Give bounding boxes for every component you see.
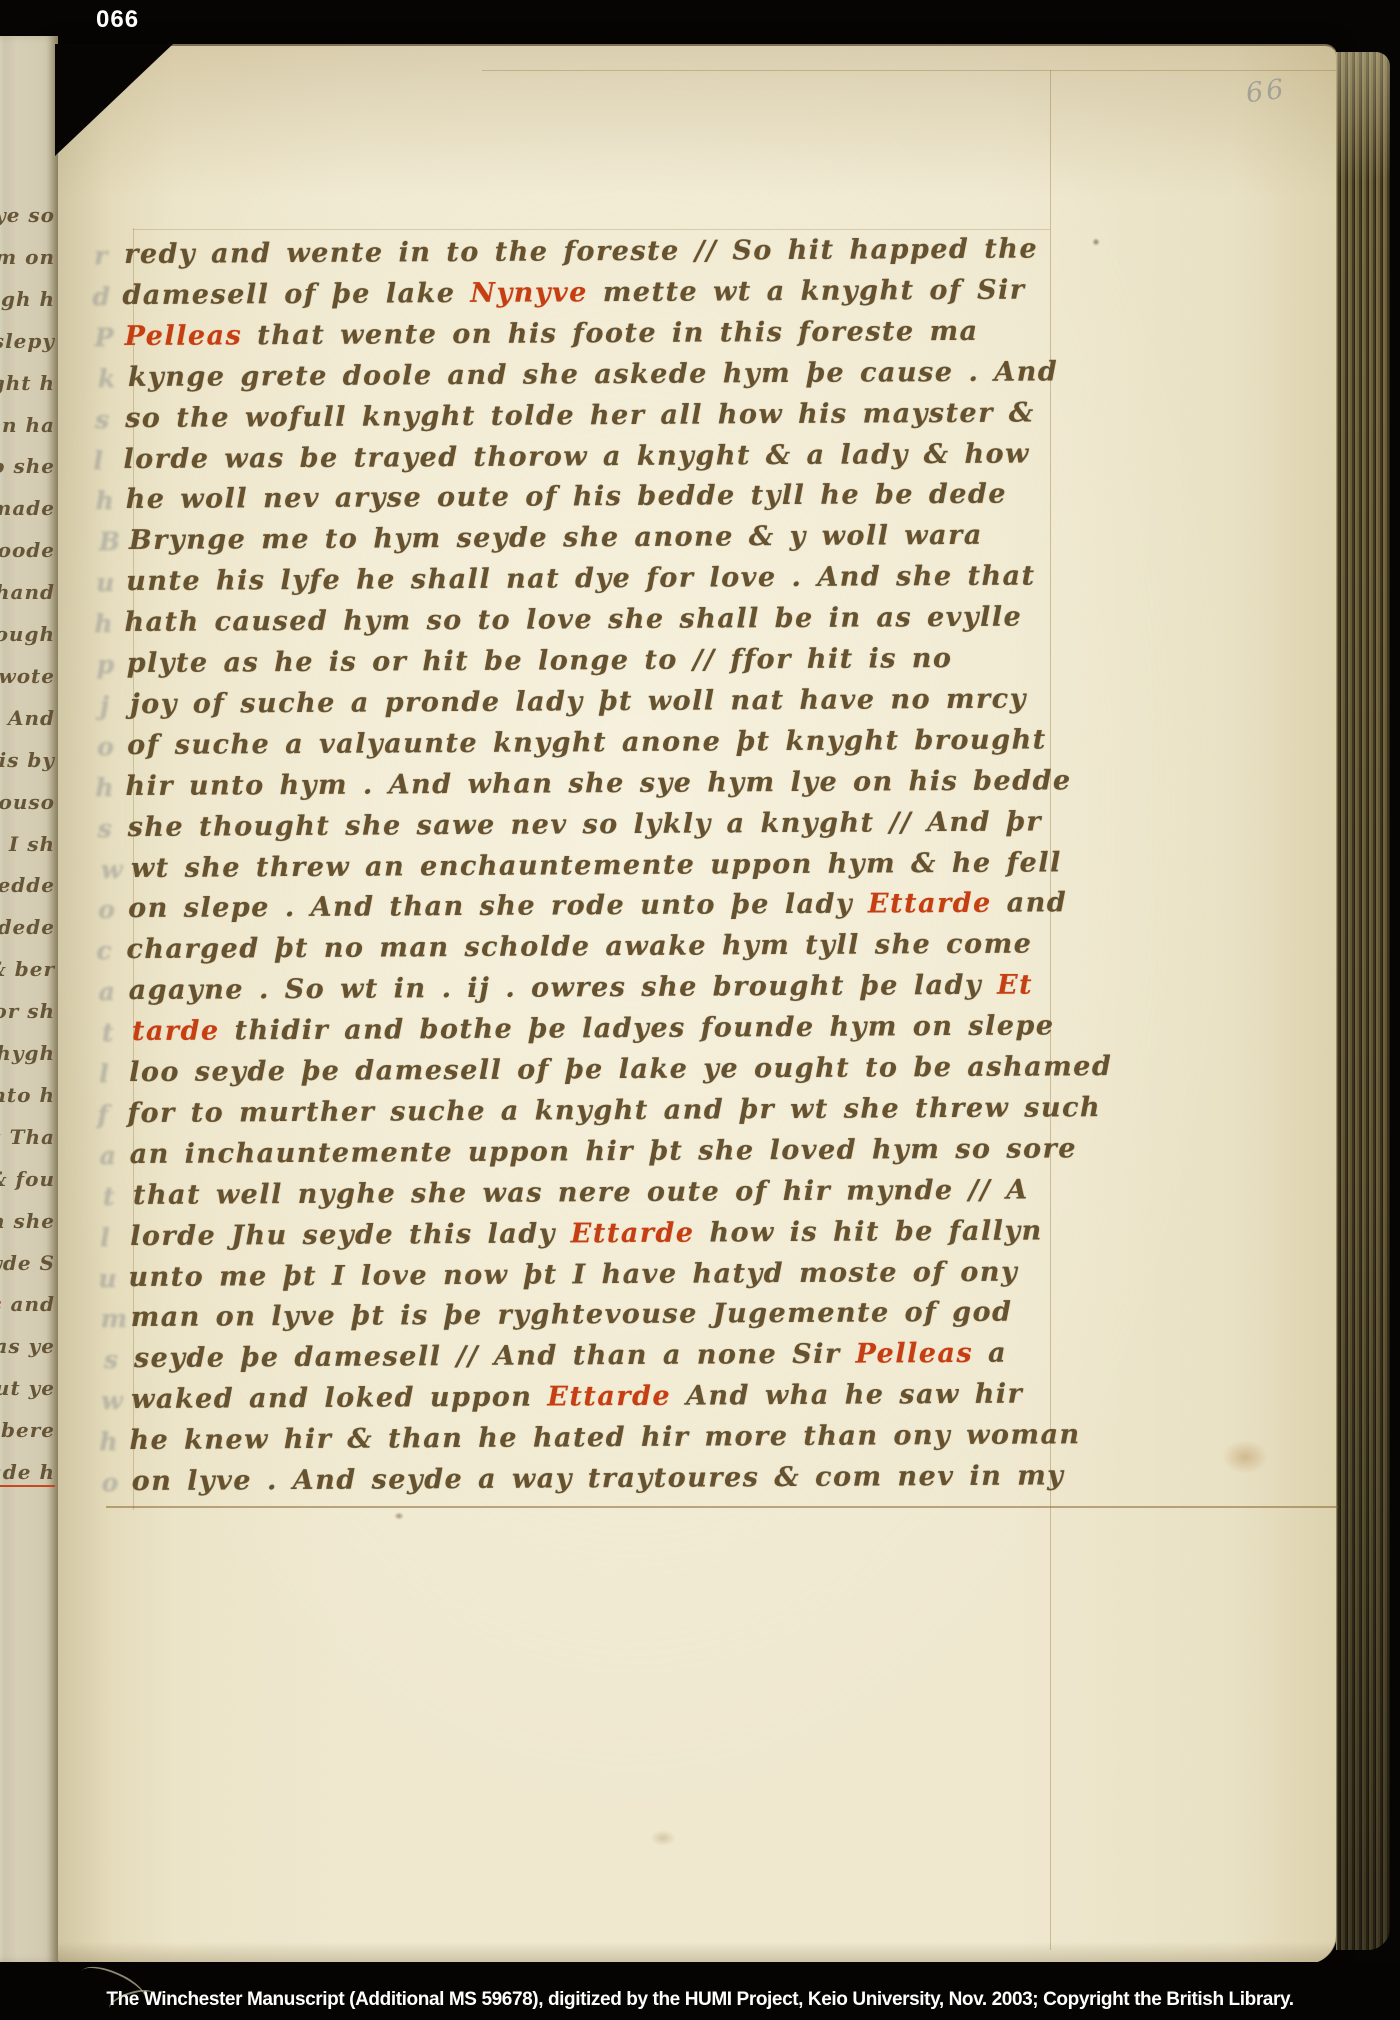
folio-edge-fragment: d his goode bbox=[0, 538, 55, 562]
ink-text: ght but ye bbox=[0, 1376, 55, 1400]
ink-text: for to murther suche a knyght and þr wt … bbox=[127, 1092, 1101, 1129]
frame-number-label: 066 bbox=[96, 6, 139, 34]
manuscript-line: oof suche a valyaunte knyght anone þt kn… bbox=[127, 720, 1047, 766]
ink-text: my body & ber bbox=[0, 957, 55, 981]
ink-text: wt she threw an enchauntemente uppon hym… bbox=[131, 847, 1062, 884]
manuscript-line: oon lyve . And seyde a way traytoures & … bbox=[132, 1456, 1065, 1502]
margin-offset-mark: c bbox=[96, 931, 113, 971]
ink-text: that wente on his foote in this foreste … bbox=[242, 316, 978, 351]
ink-text: on lyve . And seyde a way traytoures & c… bbox=[132, 1460, 1065, 1497]
margin-offset-mark: t bbox=[102, 1013, 115, 1053]
margin-offset-mark: B bbox=[99, 522, 122, 562]
ink-text: how is hit be fallyn bbox=[694, 1215, 1042, 1248]
folio-edge-fragment: ne me . I sh bbox=[0, 832, 55, 856]
manuscript-line: kkynge grete doole and she askede hym þe… bbox=[128, 352, 1058, 398]
ink-text: made h bbox=[0, 1460, 55, 1484]
manuscript-line: aan inchauntemente uppon hir þt she love… bbox=[130, 1129, 1078, 1175]
margin-offset-mark: h bbox=[95, 768, 115, 808]
folio-edge-fragment: uta my bedde bbox=[0, 873, 55, 897]
rubric-text: tarde bbox=[132, 1016, 220, 1048]
margin-offset-mark: t bbox=[103, 1177, 116, 1217]
previous-folio-edge: em bye solde hym onr though hhym slepyof… bbox=[0, 36, 58, 1962]
margin-offset-mark: s bbox=[95, 400, 111, 440]
folio-number-pencil: 66 bbox=[1244, 74, 1288, 110]
folio-edge-fragment: the her for sh bbox=[0, 999, 55, 1023]
margin-offset-mark: w bbox=[101, 1381, 124, 1421]
folio-edge-fragment: ne made h bbox=[0, 1460, 55, 1487]
margin-offset-mark: o bbox=[97, 727, 115, 767]
ink-text: she thought she sawe nev so lykly a knyg… bbox=[128, 806, 1043, 843]
ink-text: a bbox=[973, 1338, 1007, 1369]
folio-edge-fragment: pon as ye bbox=[0, 1334, 55, 1358]
manuscript-line: sshe thought she sawe nev so lykly a kny… bbox=[128, 802, 1043, 848]
folio-edge-fragment: he though bbox=[0, 622, 55, 646]
ink-text: hath caused hym so to love she shall be … bbox=[124, 602, 1022, 638]
ink-text: unto me þt I love now þt I have hatyd mo… bbox=[128, 1256, 1018, 1292]
ink-text: r though h bbox=[0, 287, 55, 311]
ink-text: redy and wente in to the foreste // So h… bbox=[124, 233, 1038, 270]
caption-text: The Winchester Manuscript (Additional MS… bbox=[0, 1989, 1400, 2011]
ink-text: thidir and bothe þe ladyes founde hym on… bbox=[220, 1010, 1055, 1046]
manuscript-line: hhir unto hym . And whan she sye hym lye… bbox=[125, 761, 1071, 807]
ink-text: olde his by bbox=[0, 748, 55, 772]
margin-offset-mark: p bbox=[97, 645, 116, 685]
rubric-text: Ettarde bbox=[868, 888, 992, 920]
book-fore-edge bbox=[1336, 52, 1390, 1950]
manuscript-line: aagayne . So wt in . ij . owres she brou… bbox=[129, 966, 1034, 1012]
caption-bar: The Winchester Manuscript (Additional MS… bbox=[0, 1962, 1400, 2020]
manuscript-line: BBrynge me to hym seyde she anone & y wo… bbox=[129, 516, 983, 561]
ink-text: of knyght h bbox=[0, 371, 55, 395]
manuscript-line: wwt she threw an enchauntemente uppon hy… bbox=[131, 843, 1062, 889]
folio-edge-fragment: Than she bbox=[0, 1209, 55, 1233]
rubric-text: Et bbox=[997, 970, 1033, 1001]
margin-offset-mark: w bbox=[101, 850, 124, 890]
manuscript-line: hhe woll nev aryse oute of his bedde tyl… bbox=[126, 475, 1008, 520]
ruling-line-horizontal-top bbox=[482, 70, 1336, 71]
ink-text: thys wouso bbox=[0, 790, 55, 814]
margin-offset-mark: a bbox=[99, 972, 117, 1012]
ink-text: t I am dede bbox=[0, 915, 55, 939]
rubric-text: Ettarde bbox=[547, 1381, 671, 1413]
text-block: rredy and wente in to the foreste // So … bbox=[124, 229, 1127, 1530]
ink-text: may bere bbox=[0, 1418, 55, 1442]
ink-text: d his goode bbox=[0, 538, 55, 562]
manuscript-line: ccharged þt no man scholde awake hym tyl… bbox=[126, 925, 1032, 971]
manuscript-line: uunte his lyfe he shall nat dye for love… bbox=[126, 557, 1036, 603]
margin-offset-mark: m bbox=[101, 1299, 129, 1339]
folio-edge-fragment: ague hygh bbox=[0, 1041, 55, 1065]
rubric-text: Pelleas bbox=[125, 320, 243, 352]
ink-text: seyde þe damesell // And than a none Sir bbox=[134, 1339, 856, 1374]
manuscript-line: tthat well nyghe she was nere oute of hi… bbox=[133, 1170, 1029, 1215]
ink-text: loo seyde þe damesell of þe lake ye ough… bbox=[129, 1051, 1112, 1088]
folio-edge-fragment: lde hym on bbox=[0, 245, 55, 269]
ink-text: unte his lyfe he shall nat dye for love … bbox=[126, 561, 1036, 598]
ink-text: waked and loked uppon bbox=[131, 1382, 547, 1416]
manuscript-line: mman on lyve þt is þe ryghtevouse Jugeme… bbox=[131, 1293, 1013, 1338]
folio-edge-fragment: t I am dede bbox=[0, 915, 55, 939]
ink-text: mette wt a knyght of Sir bbox=[588, 274, 1026, 308]
ink-text: and bbox=[992, 888, 1068, 919]
margin-offset-mark: o bbox=[102, 1463, 120, 1503]
folio-edge-fragment: In his hand bbox=[0, 580, 55, 604]
ink-text: hygh bbox=[0, 1041, 55, 1065]
ink-text: hym slepy bbox=[0, 329, 55, 353]
ink-text: lorde was be trayed thorow a knyght & a … bbox=[123, 438, 1030, 475]
folio-edge-fragment: r though h bbox=[0, 287, 55, 311]
ink-text: he knew hir & than he hated hir more tha… bbox=[129, 1419, 1080, 1456]
folio-edge-fragment: may bere bbox=[0, 1418, 55, 1442]
ink-text: In his hand bbox=[0, 580, 55, 604]
folio-edge-fragment: man made bbox=[0, 496, 55, 520]
ink-text: em bye so bbox=[0, 203, 55, 227]
manuscript-line: hhath caused hym so to love she shall be… bbox=[124, 598, 1022, 643]
ink-text: of suche a valyaunte knyght anone þt kny… bbox=[127, 724, 1047, 761]
ink-text: ne me . I sh bbox=[0, 832, 55, 856]
rubric-text: Nynyve bbox=[470, 277, 588, 309]
ink-text: ot Tha bbox=[0, 1125, 55, 1149]
margin-offset-mark: f bbox=[97, 1095, 110, 1135]
ink-text: he seyde S bbox=[0, 1251, 55, 1275]
folio-edge-fragment: em bye so bbox=[0, 203, 55, 227]
margin-offset-mark: s bbox=[104, 1340, 120, 1380]
manuscript-line: ddamesell of þe lake Nynyve mette wt a k… bbox=[122, 270, 1025, 316]
ink-text: way . And bbox=[0, 706, 55, 730]
ink-text: hir unto hym . And whan she sye hym lye … bbox=[125, 765, 1071, 802]
manuscript-line: llorde was be trayed thorow a knyght & a… bbox=[123, 434, 1030, 480]
ink-text: slepe & fou bbox=[0, 1167, 55, 1191]
manuscript-line: hhe knew hir & than he hated hir more th… bbox=[129, 1415, 1080, 1461]
folio-edge-fragment: my body & ber bbox=[0, 957, 55, 981]
margin-offset-mark: a bbox=[100, 1136, 118, 1176]
margin-offset-mark: h bbox=[94, 604, 114, 644]
folio-edge-fragment: ght but ye bbox=[0, 1376, 55, 1400]
photo-frame: 066 em bye solde hym onr though hhym sle… bbox=[0, 0, 1400, 2020]
margin-offset-mark: l bbox=[99, 1054, 110, 1094]
ink-text: he though bbox=[0, 622, 55, 646]
folio-edge-fragment: d when ha bbox=[0, 413, 55, 437]
manuscript-line: rredy and wente in to the foreste // So … bbox=[124, 229, 1038, 275]
manuscript-line: lloo seyde þe damesell of þe lake ye oug… bbox=[129, 1047, 1112, 1093]
ink-text: charged þt no man scholde awake hym tyll… bbox=[126, 929, 1032, 966]
margin-offset-mark: u bbox=[96, 563, 116, 603]
margin-offset-mark: d bbox=[92, 277, 111, 317]
folio-edge-fragment: slepe & fou bbox=[0, 1167, 55, 1191]
manuscript-line: wwaked and loked uppon Ettarde And wha h… bbox=[131, 1375, 1023, 1420]
rubric-text: Pelleas bbox=[855, 1338, 973, 1370]
manuscript-line: oon slepe . And than she rode unto þe la… bbox=[128, 884, 1067, 930]
margin-offset-mark: l bbox=[100, 1218, 111, 1258]
folio-edge-fragment: thys wouso bbox=[0, 790, 55, 814]
margin-offset-mark: u bbox=[98, 1259, 118, 1299]
ink-text: he woll nev aryse oute of his bedde tyll… bbox=[126, 479, 1008, 515]
manuscript-line: ffor to murther suche a knyght and þr wt… bbox=[127, 1088, 1101, 1134]
ink-text: that well nyghe she was nere oute of hir… bbox=[133, 1174, 1029, 1210]
manuscript-line: sso the wofull knyght tolde her all how … bbox=[125, 393, 1035, 439]
folio-edge-fragment: leas and bbox=[0, 1292, 55, 1316]
ink-text: hath wote bbox=[0, 664, 55, 688]
manuscript-line: llorde Jhu seyde this lady Ettarde how i… bbox=[130, 1211, 1043, 1257]
ink-text: lde hym on bbox=[0, 245, 55, 269]
folio-edge-fragment: olde his by bbox=[0, 748, 55, 772]
manuscript-line: sseyde þe damesell // And than a none Si… bbox=[134, 1334, 1007, 1379]
manuscript-line: uunto me þt I love now þt I have hatyd m… bbox=[128, 1252, 1018, 1297]
ink-text: an inchauntemente uppon hir þt she loved… bbox=[130, 1133, 1078, 1170]
ink-text: joy of suche a pronde lady þt woll nat h… bbox=[130, 683, 1027, 719]
margin-offset-mark: r bbox=[94, 236, 109, 276]
margin-offset-mark: k bbox=[98, 359, 117, 399]
margin-offset-mark: h bbox=[99, 1422, 119, 1462]
folio-edge-fragment: of knyght h bbox=[0, 371, 55, 395]
margin-offset-mark: o bbox=[98, 891, 116, 931]
margin-offset-mark: h bbox=[96, 482, 116, 522]
folio-edge-fragment: hath wote bbox=[0, 664, 55, 688]
ink-text: wete unto h bbox=[0, 1083, 55, 1107]
margin-offset-mark: l bbox=[93, 441, 104, 481]
ink-text: on slepe . And than she rode unto þe lad… bbox=[128, 889, 868, 925]
ink-text: and bbox=[3, 1292, 55, 1316]
ink-text: t then to she bbox=[0, 454, 55, 478]
ink-text: the her for sh bbox=[0, 999, 55, 1023]
ink-text: d when ha bbox=[0, 413, 55, 437]
ink-text: And wha he saw hir bbox=[671, 1379, 1023, 1412]
folio-edge-fragment: wete unto h bbox=[0, 1083, 55, 1107]
ink-text: plyte as he is or hit be longe to // ffo… bbox=[127, 643, 953, 679]
ink-text: man made bbox=[0, 496, 55, 520]
rubric-text: Ettarde bbox=[571, 1217, 695, 1249]
ink-text: lorde Jhu seyde this lady bbox=[130, 1218, 571, 1252]
folio-edge-fragment: ot Tha bbox=[0, 1125, 55, 1149]
folio-edge-fragment: t then to she bbox=[0, 454, 55, 478]
ink-text: Than she bbox=[0, 1209, 55, 1233]
ink-text: uta my bedde bbox=[0, 873, 55, 897]
manuscript-line: pplyte as he is or hit be longe to // ff… bbox=[127, 639, 953, 684]
ink-text: agayne . So wt in . ij . owres she broug… bbox=[129, 970, 998, 1006]
ink-text: so the wofull knyght tolde her all how h… bbox=[125, 397, 1035, 434]
manuscript-line: ttarde thidir and bothe þe ladyes founde… bbox=[132, 1006, 1055, 1052]
ink-text: Brynge me to hym seyde she anone & y wol… bbox=[129, 520, 983, 556]
manuscript-line: PPelleas that wente on his foote in this… bbox=[125, 312, 979, 357]
ink-text: pon as ye bbox=[0, 1334, 55, 1358]
manuscript-line: jjoy of suche a pronde lady þt woll nat … bbox=[130, 679, 1027, 724]
margin-offset-mark: P bbox=[95, 318, 116, 358]
ink-text: kynge grete doole and she askede hym þe … bbox=[128, 356, 1058, 393]
ink-text: man on lyve þt is þe ryghtevouse Jugemen… bbox=[131, 1297, 1013, 1333]
folio-edge-fragment: hym slepy bbox=[0, 329, 55, 353]
folio-edge-fragment: he seyde S bbox=[0, 1251, 55, 1275]
folio-edge-fragment: way . And bbox=[0, 706, 55, 730]
ink-text: damesell of þe lake bbox=[122, 278, 470, 311]
margin-offset-mark: j bbox=[100, 686, 111, 726]
margin-offset-mark: s bbox=[98, 809, 114, 849]
